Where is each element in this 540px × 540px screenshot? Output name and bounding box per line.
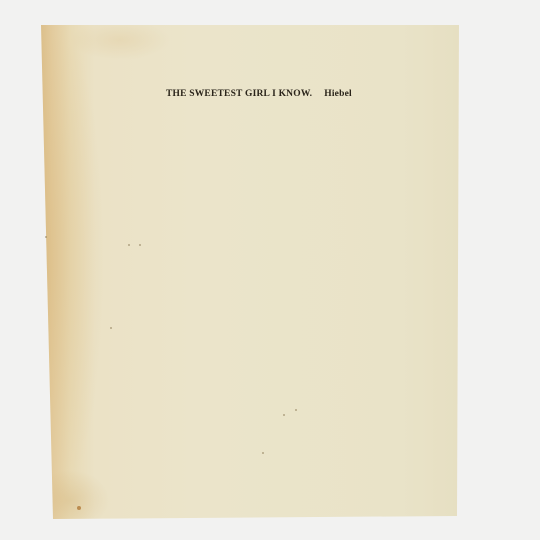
caption-title: THE SWEETEST GIRL I KNOW. [166,89,312,99]
paper-speck [283,414,285,416]
paper-speck [139,244,141,246]
paper-speck [110,327,112,329]
caption: THE SWEETEST GIRL I KNOW. Hiebel [166,89,352,99]
paper-speck [262,452,264,454]
paper-stain-spot [77,506,81,510]
paper-speck [295,409,297,411]
paper-speck [128,244,130,246]
paper-sheet [0,0,540,540]
paper-speck [45,236,47,238]
caption-artist: Hiebel [324,89,352,99]
